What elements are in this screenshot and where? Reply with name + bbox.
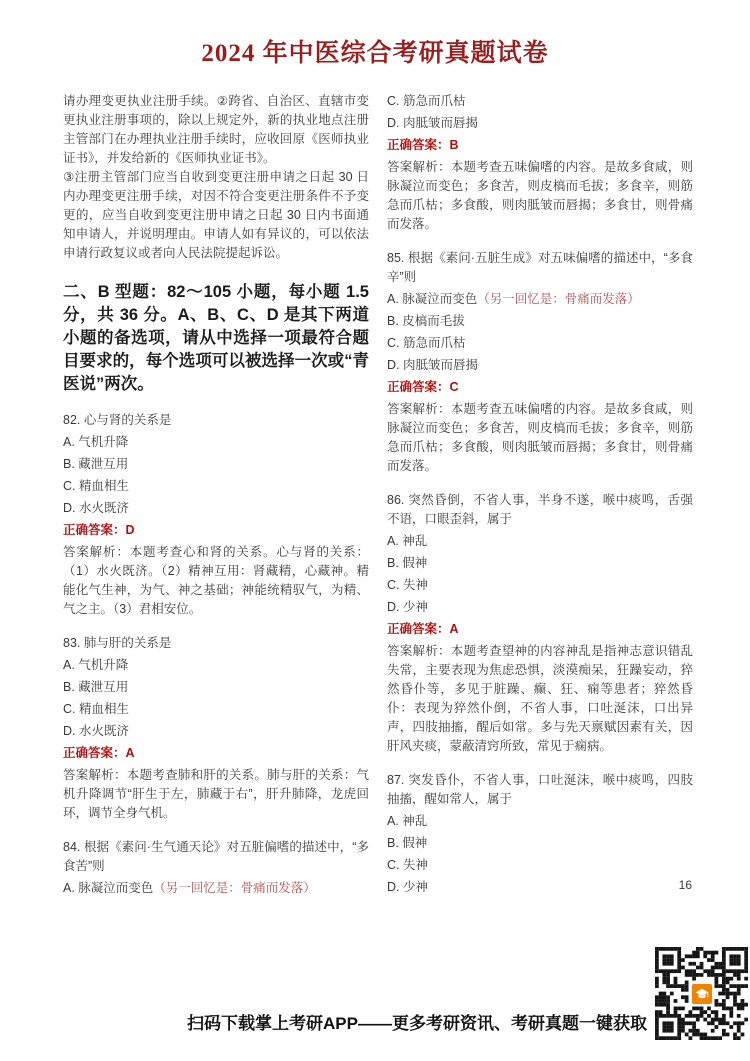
correct-answer: 正确答案：C — [387, 378, 693, 397]
question-86: 86. 突然昏倒，不省人事，半身不遂，喉中痰鸣，舌强不语，口眼歪斜，属于 A. … — [387, 491, 693, 756]
option: C. 失神 — [387, 576, 693, 595]
option: A. 脉凝泣而变色（另一回忆是：骨痛而发落） — [63, 879, 369, 898]
correct-answer: 正确答案：B — [387, 136, 693, 155]
two-column-layout: 请办理变更执业注册手续。②跨省、自治区、直辖市变更执业注册事项的，除以上规定外，… — [63, 92, 693, 902]
option: D. 少神 — [387, 598, 693, 617]
question-85: 85. 根据《素问·五脏生成》对五味偏嗜的描述中，“多食辛”则 A. 脉凝泣而变… — [387, 249, 693, 476]
question-83: 83. 肺与肝的关系是 A. 气机升降 B. 藏泄互用 C. 精血相生 D. 水… — [63, 634, 369, 823]
page-title: 2024 年中医综合考研真题试卷 — [0, 33, 750, 69]
page-number: 16 — [679, 878, 692, 892]
option: C. 失神 — [387, 856, 693, 875]
question-stem: 83. 肺与肝的关系是 — [63, 634, 369, 653]
option: B. 皮槁而毛拔 — [387, 312, 693, 331]
option-text: C. 失神 — [387, 578, 428, 592]
option-note: （另一回忆是：骨痛而发落） — [153, 881, 316, 895]
option: A. 神乱 — [387, 532, 693, 551]
option: A. 气机升降 — [63, 656, 369, 675]
paragraph: 请办理变更执业注册手续。②跨省、自治区、直辖市变更执业注册事项的，除以上规定外，… — [63, 92, 369, 168]
correct-answer: 正确答案：A — [387, 620, 693, 639]
question-82: 82. 心与肾的关系是 A. 气机升降 B. 藏泄互用 C. 精血相生 D. 水… — [63, 411, 369, 619]
option: C. 筋急而爪枯 — [387, 334, 693, 353]
exam-page: 2024 年中医综合考研真题试卷 请办理变更执业注册手续。②跨省、自治区、直辖市… — [0, 0, 750, 1061]
paragraph: ③注册主管部门应当自收到变更注册申请之日起 30 日内办理变更注册手续，对因不符… — [63, 168, 369, 263]
option-text: A. 脉凝泣而变色 — [63, 881, 153, 895]
option-text: C. 精血相生 — [63, 479, 129, 493]
option-text: A. 气机升降 — [63, 658, 128, 672]
answer-explanation: 答案解析：本题考查望神的内容神乱是指神志意识错乱失常，主要表现为焦虑恐惧，淡漠痴… — [387, 642, 693, 756]
option-text: D. 少神 — [387, 600, 428, 614]
option: B. 皮槁而毛拔 — [63, 901, 369, 902]
question-stem: 82. 心与肾的关系是 — [63, 411, 369, 430]
option-text: D. 少神 — [387, 880, 428, 894]
option: B. 假神 — [387, 834, 693, 853]
answer-explanation: 答案解析：本题考查肺和肝的关系。肺与肝的关系：气机升降调节“肝生于左，肺藏于右”… — [63, 766, 369, 823]
option-text: A. 脉凝泣而变色 — [387, 292, 477, 306]
option-text: D. 水火既济 — [63, 501, 129, 515]
question-stem: 87. 突发昏仆，不省人事，口吐涎沫，喉中痰鸣，四肢抽搐，醒如常人，属于 — [387, 771, 693, 809]
option-note: （另一回忆是：骨痛而发落） — [477, 292, 640, 306]
option: B. 假神 — [387, 554, 693, 573]
option-text: A. 神乱 — [387, 534, 427, 548]
option-text: C. 失神 — [387, 858, 428, 872]
option: A. 神乱 — [387, 812, 693, 831]
option: C. 精血相生 — [63, 700, 369, 719]
option-text: B. 假神 — [387, 556, 427, 570]
qr-code — [655, 947, 748, 1040]
section-header-b-type: 二、B 型题：82～105 小题，每小题 1.5 分，共 36 分。A、B、C、… — [63, 281, 369, 396]
correct-answer: 正确答案：A — [63, 744, 369, 763]
option: D. 少神 — [387, 878, 693, 897]
option-text: B. 假神 — [387, 836, 427, 850]
option-text: D. 肉胝皱而唇揭 — [387, 358, 478, 372]
option-text: C. 筋急而爪枯 — [387, 336, 465, 350]
option: C. 精血相生 — [63, 477, 369, 496]
question-84: 84. 根据《素问·生气通天论》对五脏偏嗜的描述中，“多食苦”则 A. 脉凝泣而… — [63, 838, 369, 902]
question-87: 87. 突发昏仆，不省人事，口吐涎沫，喉中痰鸣，四肢抽搐，醒如常人，属于 A. … — [387, 771, 693, 897]
answer-explanation: 答案解析：本题考查五味偏嗜的内容。是故多食咸，则脉凝泣而变色；多食苦，则皮槁而毛… — [387, 400, 693, 476]
option: B. 藏泄互用 — [63, 678, 369, 697]
answer-explanation: 答案解析：本题考查五味偏嗜的内容。是故多食咸，则脉凝泣而变色；多食苦，则皮槁而毛… — [387, 158, 693, 234]
option-text: D. 水火既济 — [63, 724, 129, 738]
option-text: A. 气机升降 — [63, 435, 128, 449]
question-stem: 84. 根据《素问·生气通天论》对五脏偏嗜的描述中，“多食苦”则 — [63, 838, 369, 876]
option: A. 脉凝泣而变色（另一回忆是：骨痛而发落） — [387, 290, 693, 309]
option-text: B. 藏泄互用 — [63, 680, 128, 694]
correct-answer: 正确答案：D — [63, 521, 369, 540]
graduation-cap-icon — [694, 986, 710, 1002]
option-text: C. 筋急而爪枯 — [387, 94, 465, 108]
option-text: B. 藏泄互用 — [63, 457, 128, 471]
option: D. 肉胝皱而唇揭 — [387, 114, 693, 133]
option-text: D. 肉胝皱而唇揭 — [387, 116, 478, 130]
option-text: C. 精血相生 — [63, 702, 129, 716]
option: D. 水火既济 — [63, 499, 369, 518]
option: C. 筋急而爪枯 — [387, 92, 693, 111]
right-column: C. 筋急而爪枯 D. 肉胝皱而唇揭 正确答案：B 答案解析：本题考查五味偏嗜的… — [387, 92, 693, 902]
left-column: 请办理变更执业注册手续。②跨省、自治区、直辖市变更执业注册事项的，除以上规定外，… — [63, 92, 369, 902]
answer-explanation: 答案解析：本题考查心和肾的关系。心与肾的关系：（1）水火既济。（2）精神互用：肾… — [63, 543, 369, 619]
option-text: A. 神乱 — [387, 814, 427, 828]
qr-logo — [690, 982, 714, 1006]
option: D. 肉胝皱而唇揭 — [387, 356, 693, 375]
option-text: B. 皮槁而毛拔 — [387, 314, 465, 328]
option: B. 藏泄互用 — [63, 455, 369, 474]
option: D. 水火既济 — [63, 722, 369, 741]
question-84-continued: C. 筋急而爪枯 D. 肉胝皱而唇揭 正确答案：B 答案解析：本题考查五味偏嗜的… — [387, 92, 693, 234]
option: A. 气机升降 — [63, 433, 369, 452]
question-stem: 86. 突然昏倒，不省人事，半身不遂，喉中痰鸣，舌强不语，口眼歪斜，属于 — [387, 491, 693, 529]
footer-text: 扫码下载掌上考研APP——更多考研资讯、考研真题一键获取 — [187, 1009, 647, 1034]
question-stem: 85. 根据《素问·五脏生成》对五味偏嗜的描述中，“多食辛”则 — [387, 249, 693, 287]
